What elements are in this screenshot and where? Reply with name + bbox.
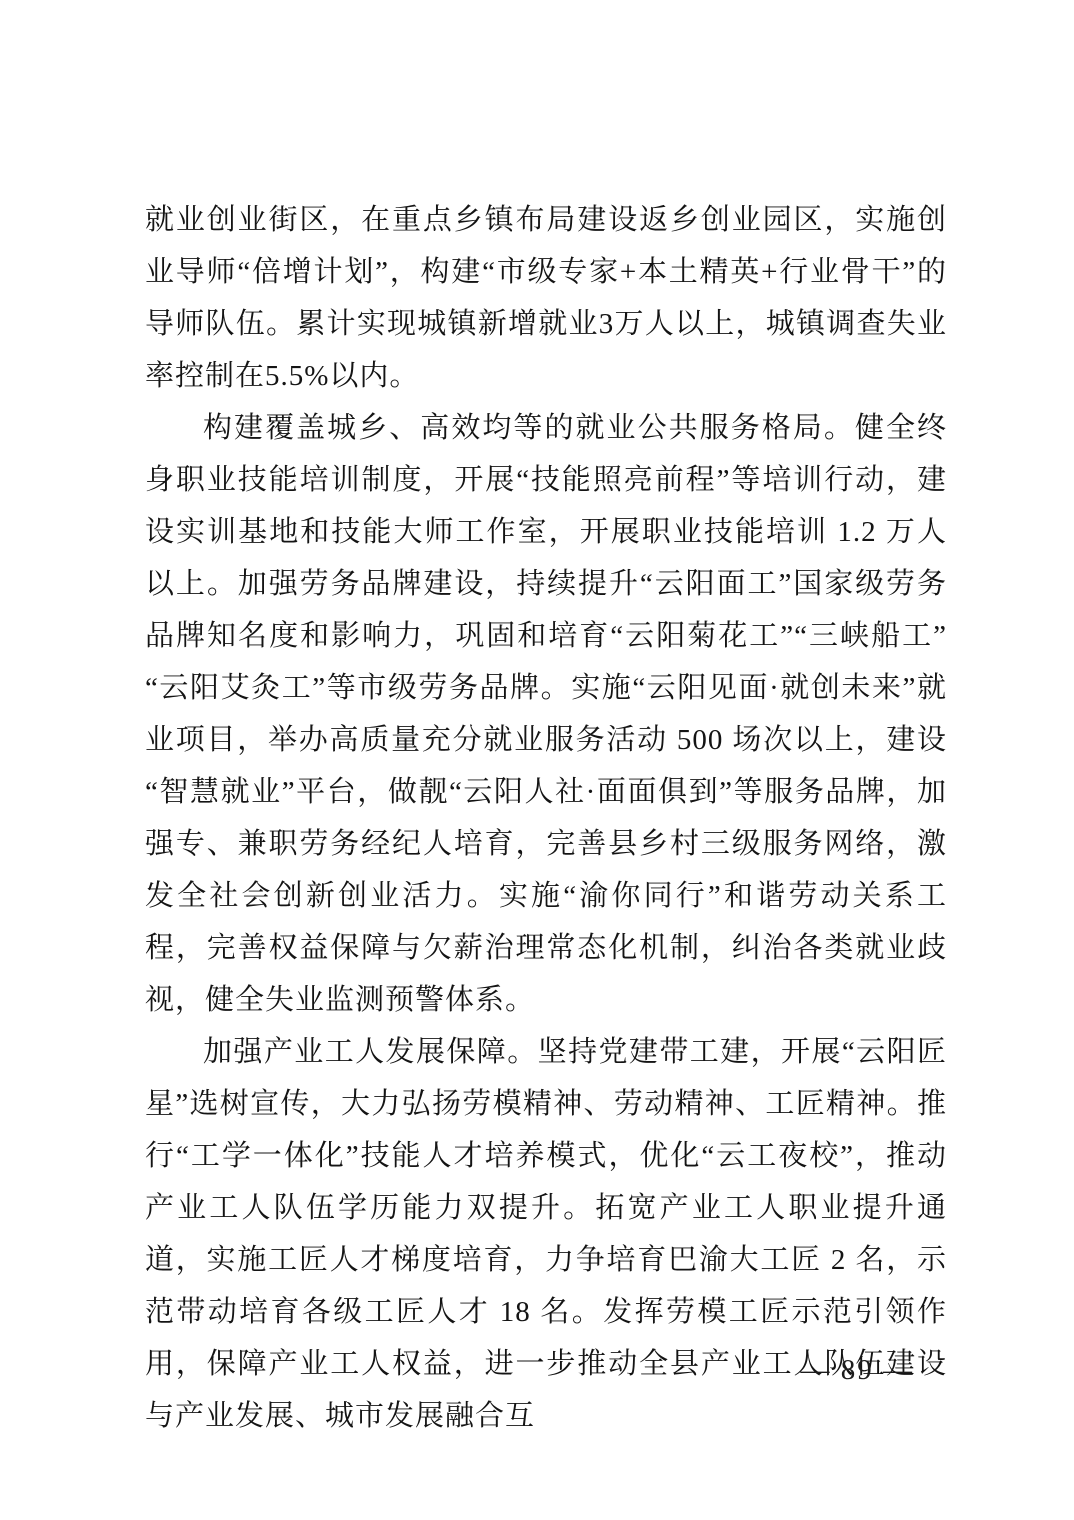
paragraph: 就业创业街区，在重点乡镇布局建设返乡创业园区，实施创业导师“倍增计划”，构建“市… xyxy=(145,194,947,402)
page-number: — 89 — xyxy=(801,1350,915,1390)
document-page: 就业创业街区，在重点乡镇布局建设返乡创业园区，实施创业导师“倍增计划”，构建“市… xyxy=(0,0,1074,1520)
body-text: 就业创业街区，在重点乡镇布局建设返乡创业园区，实施创业导师“倍增计划”，构建“市… xyxy=(145,194,947,1442)
paragraph: 构建覆盖城乡、高效均等的就业公共服务格局。健全终身职业技能培训制度，开展“技能照… xyxy=(145,402,947,1026)
